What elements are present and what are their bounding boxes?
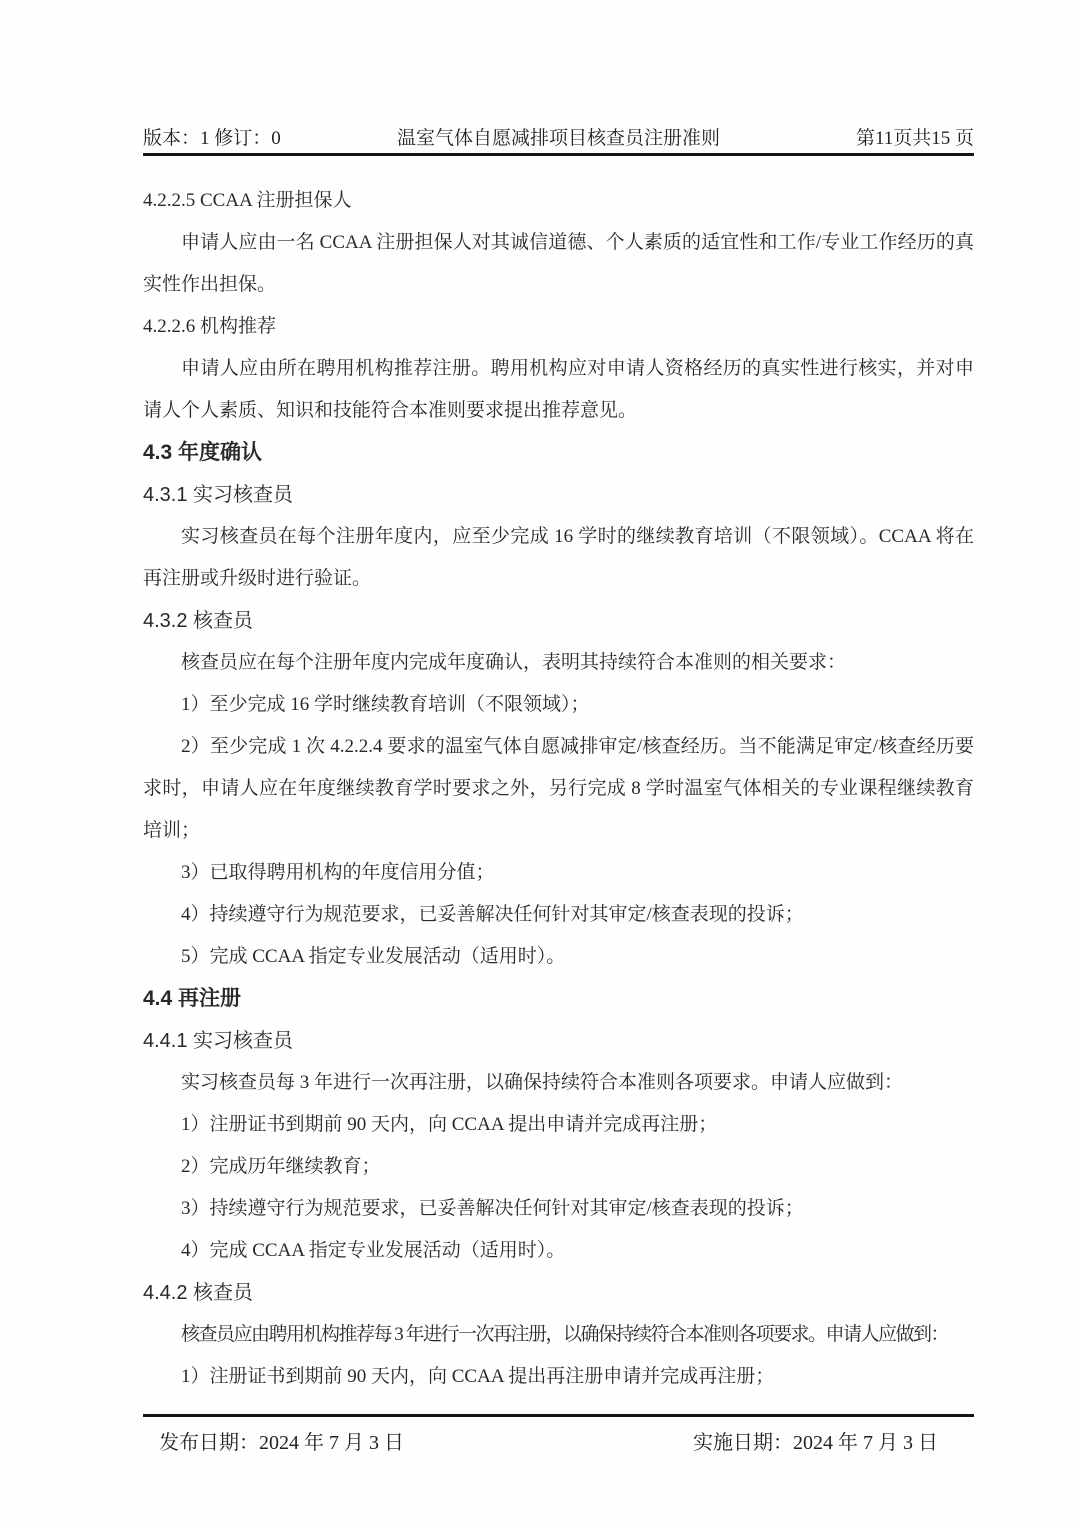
section-heading: 4.3 年度确认 (143, 432, 974, 474)
paragraph: 申请人应由所在聘用机构推荐注册。聘用机构应对申请人资格经历的真实性进行核实，并对… (143, 348, 974, 432)
section-heading: 4.4.1 实习核查员 (143, 1020, 974, 1062)
list-item: 2）至少完成 1 次 4.2.2.4 要求的温室气体自愿减排审定/核查经历。当不… (143, 726, 974, 852)
document-body: 4.2.2.5 CCAA 注册担保人申请人应由一名 CCAA 注册担保人对其诚信… (143, 180, 974, 1398)
paragraph: 实习核查员在每个注册年度内，应至少完成 16 学时的继续教育培训（不限领域）。C… (143, 516, 974, 600)
release-date: 发布日期：2024 年 7 月 3 日 (159, 1426, 404, 1455)
doc-title: 温室气体自愿减排项目核查员注册准则 (351, 123, 767, 150)
section-heading: 4.4 再注册 (143, 978, 974, 1020)
list-item: 1）注册证书到期前 90 天内，向 CCAA 提出申请并完成再注册； (143, 1104, 974, 1146)
section-heading: 4.2.2.6 机构推荐 (143, 306, 974, 348)
section-heading: 4.2.2.5 CCAA 注册担保人 (143, 180, 974, 222)
list-item: 4）持续遵守行为规范要求，已妥善解决任何针对其审定/核查表现的投诉； (143, 894, 974, 936)
header-rule (143, 153, 974, 156)
list-item: 3）持续遵守行为规范要求，已妥善解决任何针对其审定/核查表现的投诉； (143, 1188, 974, 1230)
paragraph: 核查员应在每个注册年度内完成年度确认，表明其持续符合本准则的相关要求： (143, 642, 974, 684)
section-heading: 4.3.2 核查员 (143, 600, 974, 642)
list-item: 5）完成 CCAA 指定专业发展活动（适用时）。 (143, 936, 974, 978)
page-footer: 发布日期：2024 年 7 月 3 日 实施日期：2024 年 7 月 3 日 (143, 1424, 974, 1456)
paragraph: 申请人应由一名 CCAA 注册担保人对其诚信道德、个人素质的适宜性和工作/专业工… (143, 222, 974, 306)
list-item: 1）注册证书到期前 90 天内，向 CCAA 提出再注册申请并完成再注册； (143, 1356, 974, 1398)
page-header: 版本：1 修订：0 温室气体自愿减排项目核查员注册准则 第11页共15 页 (143, 122, 974, 150)
section-heading: 4.3.1 实习核查员 (143, 474, 974, 516)
list-item: 1）至少完成 16 学时继续教育培训（不限领域）； (143, 684, 974, 726)
list-item: 3）已取得聘用机构的年度信用分值； (143, 852, 974, 894)
version-info: 版本：1 修订：0 (143, 123, 351, 150)
list-item: 4）完成 CCAA 指定专业发展活动（适用时）。 (143, 1230, 974, 1272)
footer-rule (143, 1414, 974, 1417)
paragraph: 核查员应由聘用机构推荐每 3 年进行一次再注册，以确保持续符合本准则各项要求。申… (143, 1314, 974, 1356)
paragraph: 实习核查员每 3 年进行一次再注册，以确保持续符合本准则各项要求。申请人应做到： (143, 1062, 974, 1104)
section-heading: 4.4.2 核查员 (143, 1272, 974, 1314)
document-page: 版本：1 修订：0 温室气体自愿减排项目核查员注册准则 第11页共15 页 4.… (0, 0, 1080, 1528)
page-number: 第11页共15 页 (766, 123, 974, 150)
list-item: 2）完成历年继续教育； (143, 1146, 974, 1188)
implementation-date: 实施日期：2024 年 7 月 3 日 (693, 1426, 938, 1455)
